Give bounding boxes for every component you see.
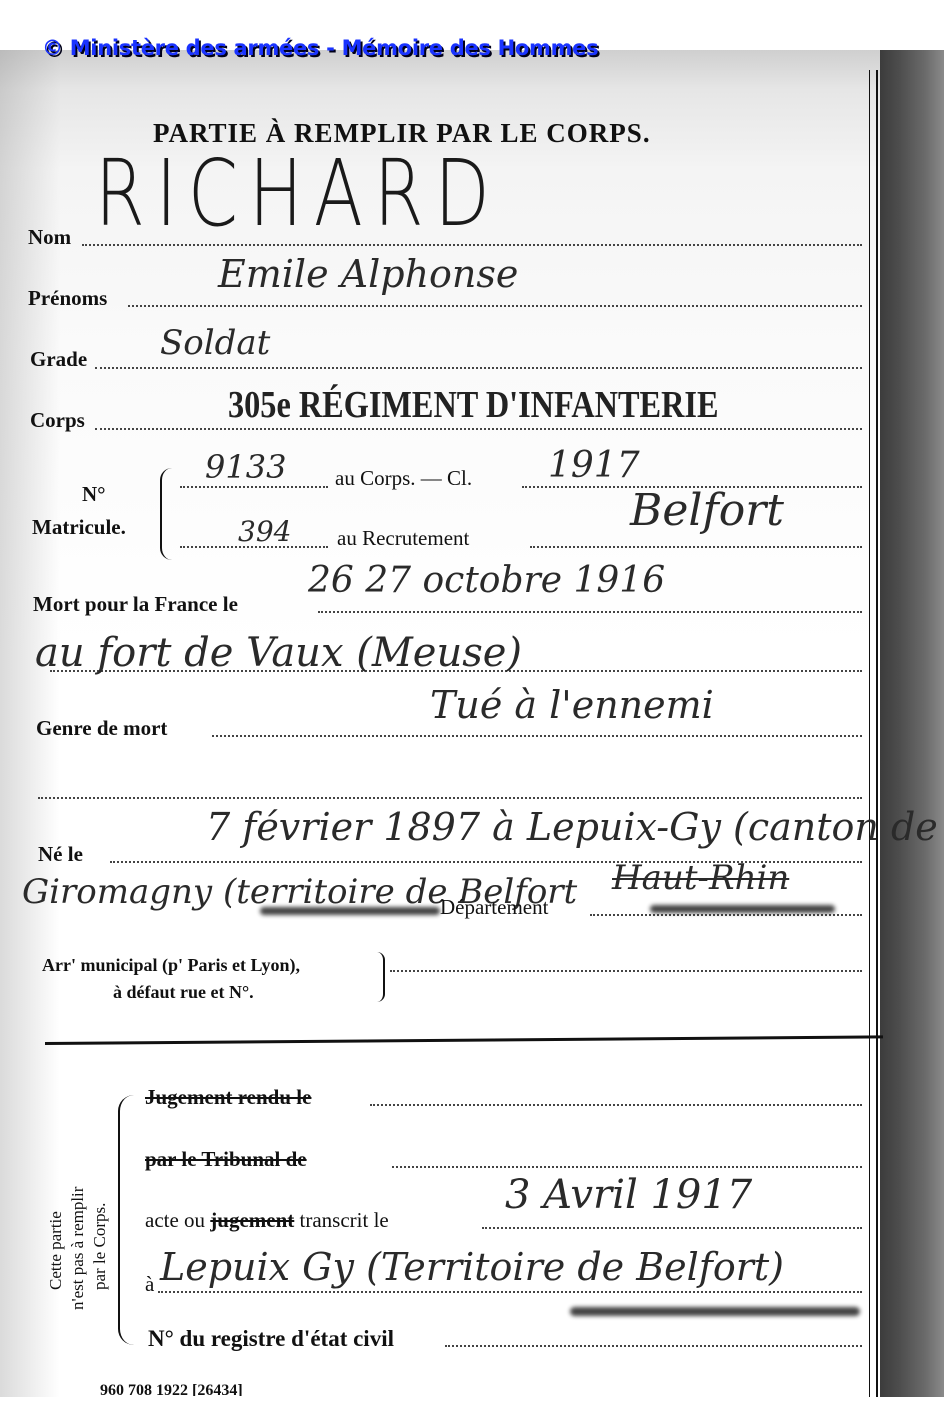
page-binding-shadow	[880, 50, 944, 1397]
naissance-value-line1: 7 février 1897 à Lepuix-Gy (canton de	[206, 805, 938, 849]
transcrit-prefix: acte ou	[145, 1208, 205, 1232]
grade-value: Soldat	[160, 323, 270, 363]
mort-date-value: 26 27 octobre 1916	[308, 560, 665, 601]
nom-value: RICHARD	[95, 140, 501, 247]
nom-label: Nom	[28, 225, 71, 250]
ink-smudge	[650, 905, 835, 913]
prenoms-dotted-line	[128, 305, 862, 307]
mort-dotted-line	[318, 611, 862, 613]
transcrit-label: transcrit le	[300, 1208, 389, 1232]
a-dotted-line	[158, 1291, 862, 1293]
registre-dotted-line	[445, 1345, 862, 1347]
corps-label: Corps	[30, 408, 85, 433]
arrondissement-brace	[377, 952, 385, 1002]
lower-brace	[118, 1095, 134, 1345]
naissance-label: Né le	[38, 842, 83, 867]
departement-label: Département	[440, 895, 548, 920]
registre-label: N° du registre d'état civil	[148, 1326, 394, 1352]
ink-smudge	[570, 1307, 860, 1316]
matricule-label-line1: N°	[82, 482, 106, 507]
side-note-line1: Cette partie	[46, 1211, 66, 1290]
transcrit-date-value: 3 Avril 1917	[505, 1172, 752, 1218]
jugement-dotted-line	[370, 1104, 862, 1106]
transcrit-line: acte ou jugement transcrit le	[145, 1208, 389, 1233]
page-border-line	[876, 70, 878, 1397]
corps-number-dotted-line	[180, 486, 328, 488]
recrutement-place: Belfort	[630, 485, 784, 536]
side-note-line3: par le Corps.	[90, 1203, 110, 1290]
copyright-watermark: © Ministère des armées - Mémoire des Hom…	[42, 36, 598, 60]
side-note-line2: n'est pas à remplir	[68, 1187, 88, 1310]
footer-print-code: 960 708 1922 [26434]	[100, 1382, 243, 1396]
matricule-brace	[160, 468, 172, 560]
a-place-value: Lepuix Gy (Territoire de Belfort)	[160, 1245, 784, 1289]
departement-dotted-line	[590, 914, 862, 916]
genre-value: Tué à l'ennemi	[430, 683, 714, 727]
lieu-value: au fort de Vaux (Meuse)	[35, 630, 522, 676]
classe-value: 1917	[548, 445, 640, 486]
page-border-line-inner	[869, 70, 870, 1397]
blank-dotted-line	[38, 797, 862, 799]
jugement-label-struck: Jugement rendu le	[145, 1085, 311, 1110]
grade-dotted-line	[95, 367, 862, 369]
genre-label: Genre de mort	[36, 716, 167, 741]
recrutement-dotted-line	[530, 546, 862, 548]
matricule-label-line2: Matricule.	[32, 515, 126, 540]
transcrit-struck-word: jugement	[210, 1208, 294, 1232]
matricule-recrutement-number: 394	[238, 515, 291, 548]
genre-dotted-line	[212, 735, 862, 737]
departement-value-struck: Haut-Rhin	[612, 858, 789, 898]
arrondissement-label-line2: à défaut rue et N°.	[113, 982, 254, 1003]
a-label: à	[145, 1272, 154, 1297]
au-recrutement-label: au Recrutement	[337, 526, 469, 551]
prenoms-label: Prénoms	[28, 286, 107, 311]
mort-label: Mort pour la France le	[33, 592, 238, 617]
grade-label: Grade	[30, 347, 87, 372]
tribunal-dotted-line	[392, 1166, 862, 1168]
side-note: Cette partie n'est pas à remplir par le …	[38, 1125, 118, 1315]
au-corps-classe-label: au Corps. — Cl.	[335, 466, 472, 491]
corps-dotted-line	[95, 428, 862, 430]
arrondissement-dotted-line	[390, 970, 862, 972]
corps-stamp-value: 305e RÉGIMENT D'INFANTERIE	[228, 383, 719, 427]
ink-smudge	[260, 907, 440, 915]
transcrit-dotted-line	[482, 1227, 862, 1229]
tribunal-label-struck: par le Tribunal de	[145, 1147, 307, 1172]
matricule-corps-number: 9133	[205, 448, 286, 486]
arrondissement-label-line1: Arr' municipal (p' Paris et Lyon),	[42, 955, 300, 976]
prenoms-value: Emile Alphonse	[218, 252, 518, 296]
